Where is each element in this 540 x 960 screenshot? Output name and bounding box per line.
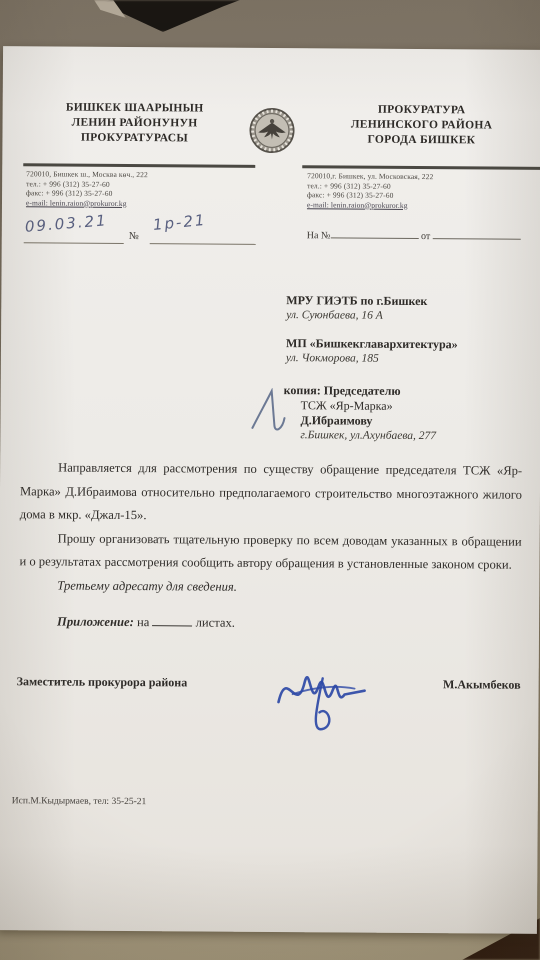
contacts-right-fax: факс: + 996 (312) 35-27-60 — [307, 190, 433, 200]
org-kyrgyz-line3: ПРОКУРАТУРАСЫ — [20, 130, 248, 147]
contacts-right-email: e-mail: lenin.raion@prokuror.kg — [307, 200, 433, 210]
attachment-text-before: на — [137, 615, 149, 629]
date-underline — [24, 242, 124, 244]
header-rule-right — [302, 165, 540, 169]
org-name-kyrgyz: БИШКЕК ШААРЫНЫН ЛЕНИН РАЙОНУНУН ПРОКУРАТ… — [20, 100, 248, 147]
state-emblem-icon — [248, 107, 295, 154]
recipient-2-address: ул. Чокморова, 185 — [286, 351, 536, 368]
contacts-left-fax: факс: + 996 (312) 35-27-60 — [26, 188, 148, 198]
executor-note: Исп.М.Кыдырмаев, тел: 35-25-21 — [12, 796, 147, 807]
copy-recipient-block: копия: Председателю ТСЖ «Яр-Марка» Д.Ибр… — [283, 383, 436, 444]
body-paragraph-1: Направляется для рассмотрения по существ… — [20, 456, 522, 530]
number-symbol: № — [129, 231, 139, 242]
recipient-2-name: МП «Бишкекглавархитектура» — [286, 336, 536, 353]
recipient-1-address: ул. Суюнбаева, 16 А — [286, 308, 536, 325]
handwritten-outgoing-number: 1р-21 — [152, 211, 207, 234]
attachment-label: Приложение: — [57, 615, 134, 630]
header-rule-left — [23, 163, 255, 167]
ref-prefix-label: На № — [307, 230, 331, 241]
contacts-right-address: 720010,г. Бишкек, ул. Московская, 222 — [307, 171, 433, 181]
contacts-left-email: e-mail: lenin.raion@prokuror.kg — [26, 198, 148, 208]
contacts-left: 720010, Бишкек ш., Москва көч., 222 тел.… — [26, 169, 148, 208]
copy-person: Д.Ибраимову — [283, 413, 436, 429]
contacts-right: 720010,г. Бишкек, ул. Московская, 222 те… — [307, 171, 433, 210]
org-russian-line1: ПРОКУРАТУРА — [303, 102, 540, 119]
handwritten-date: 09.03.21 — [24, 211, 108, 236]
signer-name: М.Акымбеков — [443, 677, 521, 693]
handwritten-signature — [266, 648, 379, 741]
letter-body: Направляется для рассмотрения по существ… — [19, 456, 522, 601]
number-underline — [150, 243, 256, 245]
reference-line: На № от — [307, 227, 521, 242]
org-kyrgyz-line2: ЛЕНИН РАЙОНУНУН — [21, 115, 249, 132]
photographed-document: БИШКЕК ШААРЫНЫН ЛЕНИН РАЙОНУНУН ПРОКУРАТ… — [0, 0, 540, 960]
letter-sheet: БИШКЕК ШААРЫНЫН ЛЕНИН РАЙОНУНУН ПРОКУРАТ… — [0, 46, 540, 934]
attachment-blank — [152, 615, 192, 626]
ref-number-blank — [330, 227, 418, 239]
copy-title: Председателю — [324, 383, 401, 398]
org-name-russian: ПРОКУРАТУРА ЛЕНИНСКОГО РАЙОНА ГОРОДА БИШ… — [302, 102, 540, 149]
org-russian-line3: ГОРОДА БИШКЕК — [302, 132, 540, 149]
recipient-1-name: МРУ ГИЭТБ по г.Бишкек — [286, 293, 536, 310]
attachment-text-after: листах. — [196, 615, 235, 629]
handwritten-checkmark — [246, 388, 304, 440]
ref-from-label: от — [421, 231, 430, 242]
attachment-line: Приложение: на листах. — [19, 614, 235, 631]
copy-org: ТСЖ «Яр-Марка» — [284, 398, 437, 414]
ref-date-blank — [433, 228, 521, 240]
body-paragraph-3: Третьему адресату для сведения. — [19, 574, 521, 601]
signer-position: Заместитель прокурора района — [17, 674, 188, 690]
recipients-block: МРУ ГИЭТБ по г.Бишкек ул. Суюнбаева, 16 … — [286, 293, 537, 381]
org-russian-line2: ЛЕНИНСКОГО РАЙОНА — [302, 117, 540, 134]
body-paragraph-2: Прошу организовать тщательную проверку п… — [19, 527, 521, 578]
contacts-left-address: 720010, Бишкек ш., Москва көч., 222 — [26, 169, 148, 179]
org-kyrgyz-line1: БИШКЕК ШААРЫНЫН — [21, 100, 249, 117]
copy-address: г.Бишкек, ул.Ахунбаева, 277 — [283, 428, 436, 444]
